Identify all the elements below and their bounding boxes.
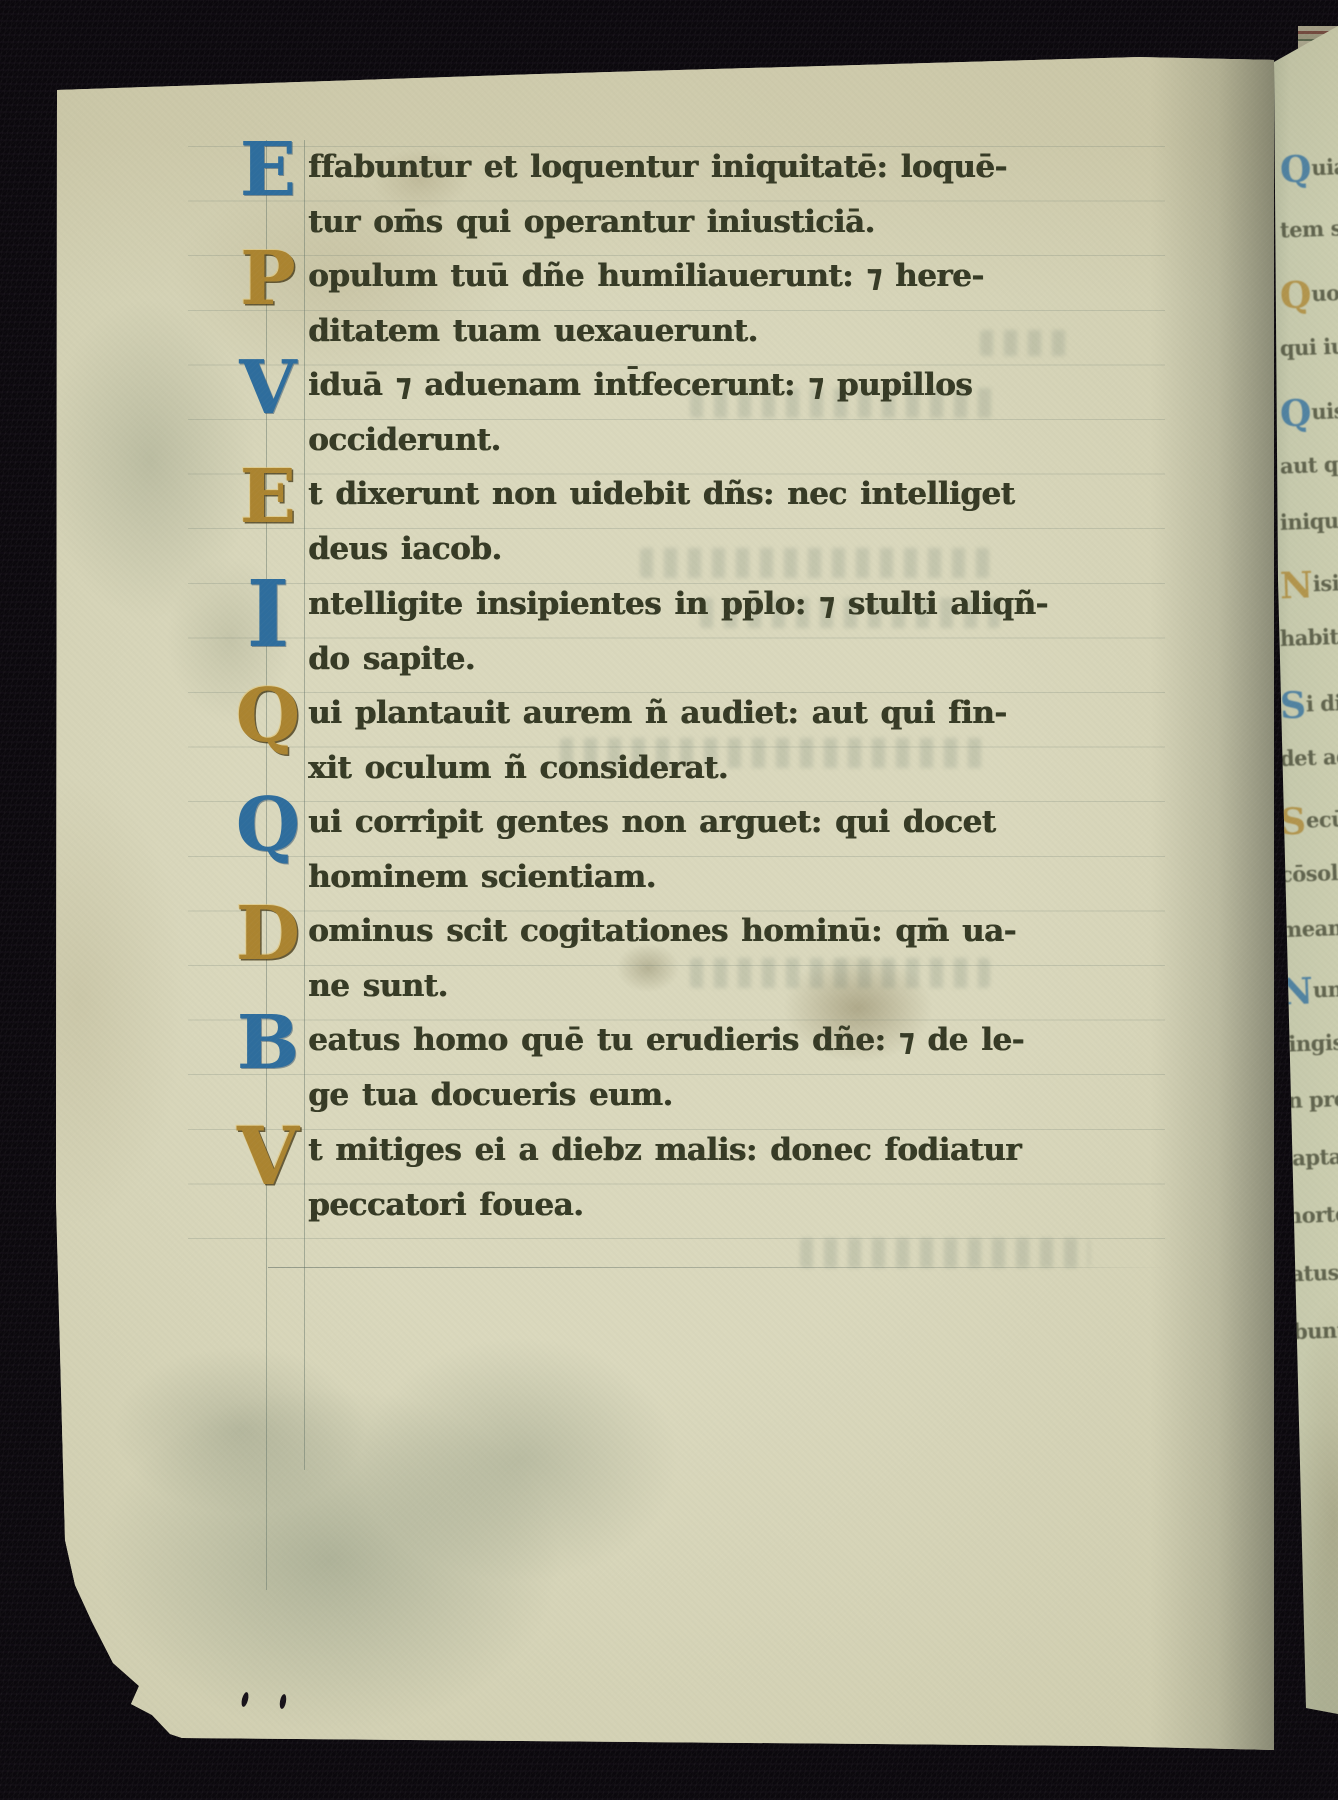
versal-initial: Q [1279,274,1312,317]
facing-page-line: abuntur [1280,1316,1338,1349]
verse-2: P opulum tuū dñe humiliauerunt: ⁊ here- … [308,249,1168,359]
facing-page-line: aut quis [1280,450,1338,483]
verse-line: ui corripit gentes non arguet: qui docet [308,795,1168,850]
versal-initial: E [232,460,304,534]
versal-initial: V [232,351,304,425]
facing-page-line: fingis lab [1280,1028,1338,1062]
facing-page-line: Secūdū mul [1279,799,1338,840]
versal-initial: N [1279,564,1313,607]
verse-line: peccatori fouea. [308,1178,1168,1233]
verse-1: E ffabuntur et loquentur iniquitatē: loq… [308,140,1168,250]
verse-line: deus iacob. [308,522,1168,577]
verse-line: t mitiges ei a diebz malis: donec fodiat… [308,1123,1168,1178]
versal-initial: Q [1279,392,1312,435]
facing-page-line: qui iuxta [1280,332,1338,365]
verse-line: do sapite. [308,632,1168,687]
facing-page-line: Si dicebam [1279,684,1338,725]
verse-5: I ntelligite insipientes in pp̄lo: ⁊ stu… [308,577,1168,687]
versal-initial: N [1279,970,1313,1013]
verse-line: ntelligite insipientes in pp̄lo: ⁊ stult… [308,577,1168,632]
facing-page-line: captabunt [1280,1142,1338,1176]
facing-page-line: tem suā [1280,214,1338,247]
verse-8: D ominus scit cogitationes hominū: qm̄ u… [308,904,1168,1014]
versal-initial: S [1279,684,1306,727]
facing-page-line: meam [1279,915,1338,947]
versal-initial: Q [1279,148,1312,191]
facing-page-line: mortem [1280,1200,1338,1233]
verse-line: ui plantauit aurem ñ audiet: aut qui fin… [308,686,1168,741]
parchment-page: E ffabuntur et loquentur iniquitatē: loq… [0,0,1338,1800]
manuscript-photo: { "page": { "language": "Latin", "script… [0,0,1338,1800]
verse-line: hominem scientiam. [308,850,1168,905]
facing-page-line: habitasset [1280,622,1338,656]
facing-page-edge: Quia nō re tem suā Quoadusq̄ qui iuxta Q… [1264,20,1338,1720]
facing-page-line: in precepto [1280,1084,1338,1118]
versal-initial: P [232,242,304,316]
versal-initial: Q [232,788,304,862]
facing-page-line: Quoadusq̄ [1279,274,1338,314]
verse-line: ge tua docueris eum. [308,1068,1168,1123]
verse-line: ne sunt. [308,959,1168,1014]
verse-3: V iduā ⁊ aduenam int̄fecerunt: ⁊ pupillo… [308,358,1168,468]
versal-initial: V [232,1119,304,1193]
facing-page-line: Quia nō re [1279,148,1338,189]
verse-7: Q ui corripit gentes non arguet: qui doc… [308,795,1168,905]
verse-line: eatus homo quē tu erudieris dñe: ⁊ de le… [308,1013,1168,1068]
verse-line: ditatem tuam uexauerunt. [308,304,1168,359]
text-block: E ffabuntur et loquentur iniquitatē: loq… [0,0,1338,1800]
verse-line: ominus scit cogitationes hominū: qm̄ ua- [308,904,1168,959]
facing-page-line: det adiuua [1280,742,1338,776]
verse-9: B eatus homo quē tu erudieris dñe: ⁊ de … [308,1013,1168,1123]
verse-line: t dixerunt non uidebit dñs: nec intellig… [308,467,1168,522]
versal-initial: Q [232,679,304,753]
versal-initial: B [232,1006,304,1080]
verse-line: occiderunt. [308,413,1168,468]
facing-page-line: Nunquid ad [1279,969,1338,1010]
facing-page-line: Nisi qd dñs [1279,564,1338,605]
verse-line: opulum tuū dñe humiliauerunt: ⁊ here- [308,249,1168,304]
verse-line: xit oculum ñ considerat. [308,741,1168,796]
verse-10: V t mitiges ei a diebz malis: donec fodi… [308,1123,1168,1233]
verse-line: iduā ⁊ aduenam int̄fecerunt: ⁊ pupillos [308,358,1168,413]
facing-page-line: iniquitatē [1280,506,1338,540]
versal-initial: S [1279,801,1306,844]
versal-initial: I [232,568,304,660]
facing-page-line: Quis cōsur [1279,392,1338,433]
verse-6: Q ui plantauit aurem ñ audiet: aut qui f… [308,686,1168,796]
verse-line: ffabuntur et loquentur iniquitatē: loquē… [308,140,1168,195]
verse-line: tur om̄s qui operantur iniusticiā. [308,195,1168,250]
versal-initial: E [232,133,304,207]
facing-page-line: cōsolatōes [1280,858,1338,892]
versal-initial: D [232,897,304,971]
verse-4: E t dixerunt non uidebit dñs: nec intell… [308,467,1168,577]
facing-page-line: ratus est [1280,1258,1338,1291]
